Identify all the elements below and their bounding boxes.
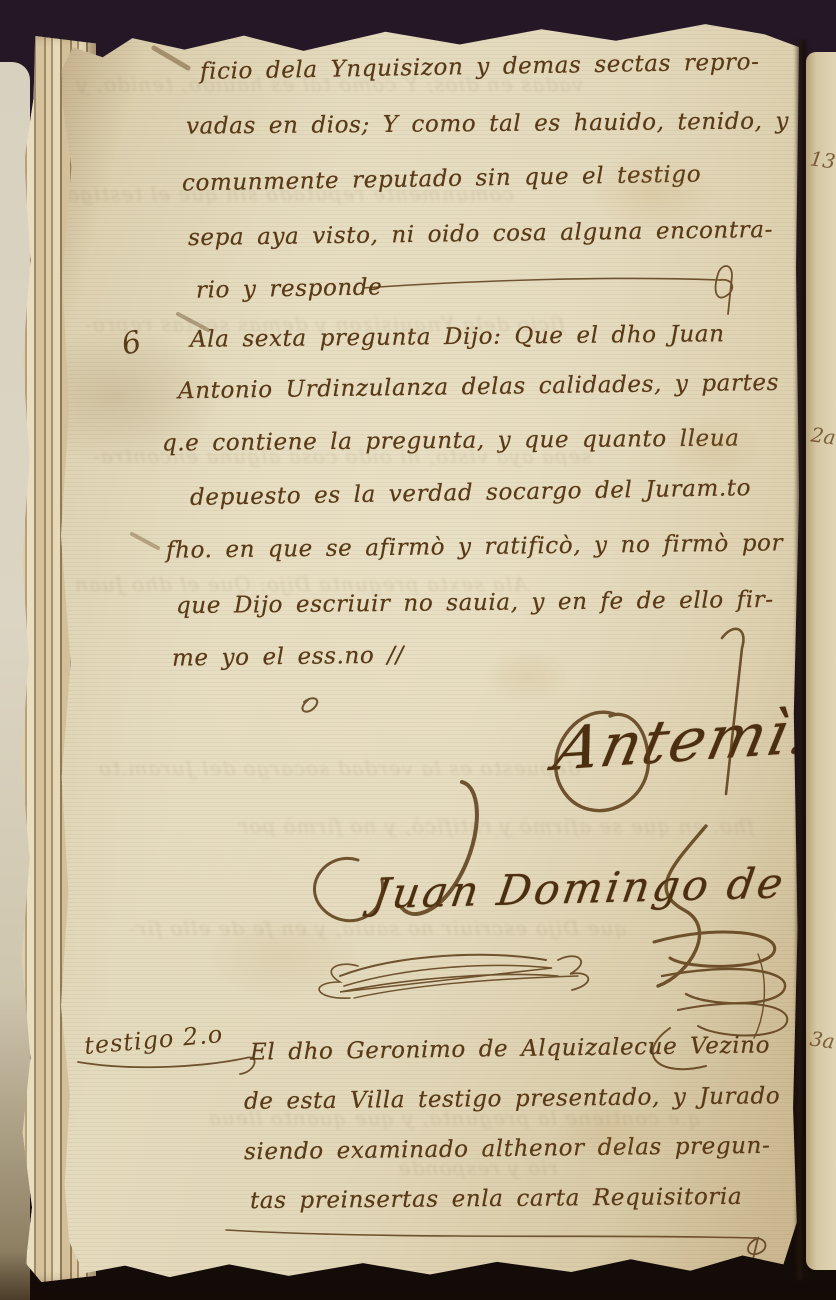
manuscript-line: El dho Geronimo de Alquizalecue Vezino (250, 1032, 770, 1065)
facing-page-fragment: 3a (808, 1026, 836, 1053)
bleedthrough-text: que Dijo escriuir no sauia, y en fe de e… (128, 916, 627, 940)
manuscript-line: sepa aya visto, ni oido cosa alguna enco… (188, 217, 773, 251)
manuscript-line: fho. en que se afirmò y ratificò, y no f… (166, 530, 783, 564)
manuscript-line: me yo el ess.no // (172, 642, 404, 671)
manuscript-line: Antonio Urdinzulanza delas calidades, y … (178, 370, 779, 404)
facing-page-fragment: 2a (809, 422, 836, 449)
manuscript-line: que Dijo escriuir no sauia, y en fe de e… (176, 587, 774, 619)
manuscript-line: Ala sexta pregunta Dijo: Que el dho Juan (190, 321, 725, 353)
manuscript-line: siendo examinado althenor delas pregun- (244, 1133, 771, 1165)
manuscript-line: vadas en dios; Y como tal es hauido, ten… (186, 108, 789, 139)
facing-page-fragment: 13 (808, 146, 836, 173)
manuscript-line: de esta Villa testigo presentado, y Jura… (244, 1083, 781, 1115)
notary-signature: Antemì. (548, 697, 818, 784)
margin-witness-label: testigo 2.o (83, 1020, 224, 1060)
manuscript-line: tas preinsertas enla carta Requisitoria (250, 1184, 742, 1214)
facing-page-sliver: 13 2a 3a (806, 52, 836, 1270)
margin-question-number: 6 (119, 324, 145, 362)
witness-signature: Juan Domingo de Elola (369, 855, 836, 918)
manuscript-line: q.e contiene la pregunta, y que quanto l… (162, 425, 740, 456)
manuscript-photo: vadas en dios; Y como tal es hauido, ten… (0, 0, 836, 1300)
manuscript-line: ficio dela Ynquisizon y demas sectas rep… (200, 49, 760, 85)
manuscript-line: rio y responde (196, 274, 383, 303)
bleedthrough-text: depuesto es la verdad socargo del Juram.… (98, 756, 580, 780)
manuscript-line: depuesto es la verdad socargo del Juram.… (190, 475, 752, 511)
bleedthrough-text: fho. en que se afirmò y ratificò, y no f… (238, 814, 754, 838)
manuscript-page: vadas en dios; Y como tal es hauido, ten… (58, 14, 802, 1286)
manuscript-line: comunmente reputado sin que el testigo (182, 161, 702, 196)
